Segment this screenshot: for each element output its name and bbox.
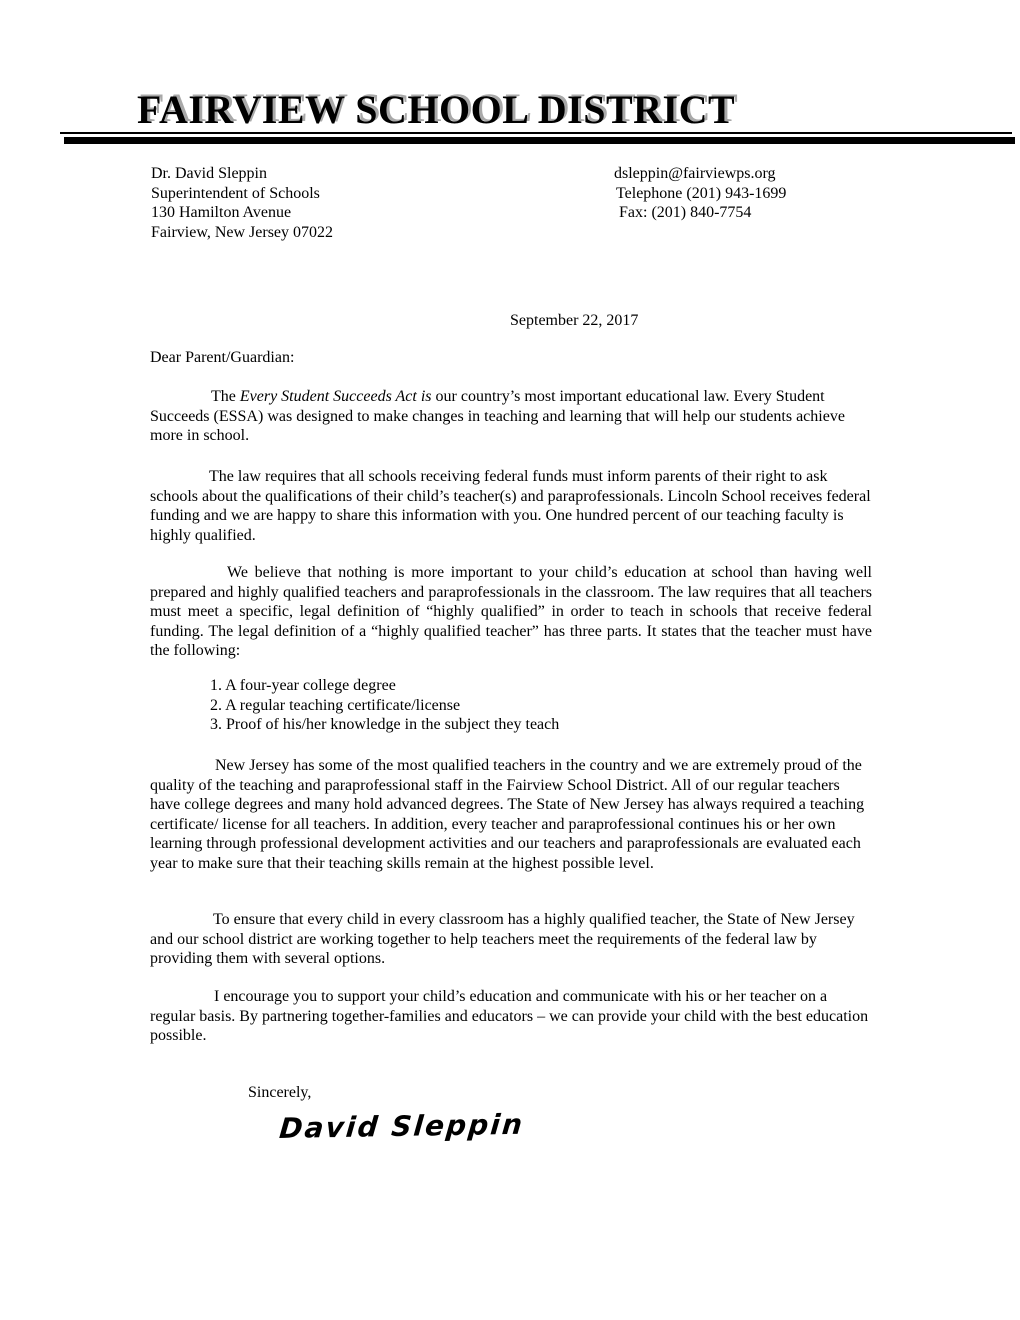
list-item: 1. A four-year college degree xyxy=(150,676,559,696)
paragraph-highly-qualified: We believe that nothing is more importan… xyxy=(150,563,872,661)
contact-block-left: Dr. David Sleppin Superintendent of Scho… xyxy=(151,164,333,242)
list-item: 2. A regular teaching certificate/licens… xyxy=(150,696,559,716)
letterhead-title: FAIRVIEW SCHOOL DISTRICT xyxy=(137,86,735,133)
paragraph-new-jersey: New Jersey has some of the most qualifie… xyxy=(150,756,872,874)
letter-date: September 22, 2017 xyxy=(510,311,638,331)
letterhead-rule-thick xyxy=(64,137,1015,144)
closing: Sincerely, xyxy=(248,1083,311,1103)
paragraph-essa-intro: The Every Student Succeeds Act is our co… xyxy=(150,387,872,446)
contact-email: dsleppin@fairviewps.org xyxy=(614,164,786,184)
paragraph-law-requires: The law requires that all schools receiv… xyxy=(150,467,872,545)
contact-telephone: Telephone (201) 943-1699 xyxy=(614,184,786,204)
contact-city: Fairview, New Jersey 07022 xyxy=(151,223,333,243)
contact-name: Dr. David Sleppin xyxy=(151,164,333,184)
letter-page: FAIRVIEW SCHOOL DISTRICT Dr. David Slepp… xyxy=(0,0,1020,1320)
paragraph-encourage: I encourage you to support your child’s … xyxy=(150,987,872,1046)
contact-fax: Fax: (201) 840-7754 xyxy=(614,203,786,223)
paragraph-to-ensure: To ensure that every child in every clas… xyxy=(150,910,872,969)
list-item: 3. Proof of his/her knowledge in the sub… xyxy=(150,715,559,735)
signature: David Sleppin xyxy=(278,1108,525,1145)
letterhead-rule-thin xyxy=(60,132,1012,134)
paragraph-text: The xyxy=(211,388,240,405)
essa-act-italic: Every Student Succeeds Act is xyxy=(240,388,432,405)
qualification-list: 1. A four-year college degree 2. A regul… xyxy=(150,676,559,735)
contact-street: 130 Hamilton Avenue xyxy=(151,203,333,223)
salutation: Dear Parent/Guardian: xyxy=(150,348,294,368)
contact-block-right: dsleppin@fairviewps.org Telephone (201) … xyxy=(614,164,786,223)
contact-title: Superintendent of Schools xyxy=(151,184,333,204)
